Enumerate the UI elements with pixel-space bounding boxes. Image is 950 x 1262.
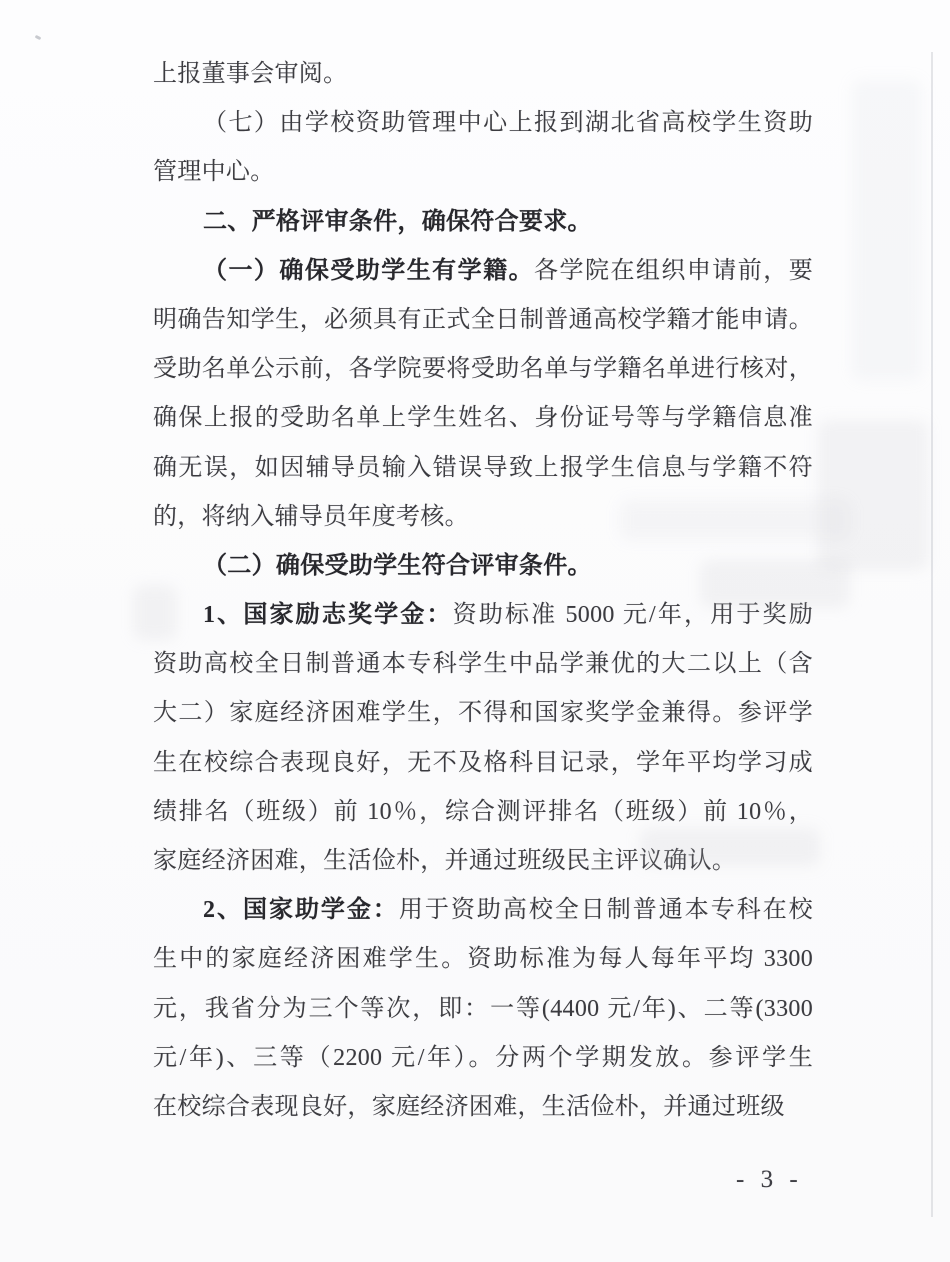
line-text: 生在校综合表现良好，无不及格科目记录，学年平均学习成	[153, 750, 813, 776]
bleedthrough-smudge	[852, 80, 922, 380]
line-text: 受助名单公示前，各学院要将受助名单与学籍名单进行核对，	[153, 356, 813, 382]
text-line: 2、国家助学金：用于资助高校全日制普通本专科在校	[153, 886, 813, 935]
line-text: 绩排名（班级）前 10％，综合测评排名（班级）前 10％，	[153, 799, 813, 825]
line-text: 确保上报的受助名单上学生姓名、身份证号等与学籍信息准	[153, 405, 813, 431]
text-line: 管理中心。	[153, 148, 813, 197]
line-emphasis: （二）确保受助学生符合评审条件。	[203, 553, 592, 579]
line-emphasis: （一）确保受助学生有学籍。	[203, 258, 534, 284]
text-line: 资助高校全日制普通本专科学生中品学兼优的大二以上（含	[153, 640, 813, 689]
line-text: 确无误，如因辅导员输入错误导致上报学生信息与学籍不符	[153, 455, 813, 481]
text-line section-heading: 二、严格评审条件，确保符合要求。	[153, 198, 813, 247]
text-line: 上报董事会审阅。	[153, 50, 813, 99]
line-text: 上报董事会审阅。	[153, 61, 347, 87]
text-line: 家庭经济困难，生活俭朴，并通过班级民主评议确认。	[153, 837, 813, 886]
text-line: 绩排名（班级）前 10％，综合测评排名（班级）前 10％，	[153, 788, 813, 837]
line-text: 家庭经济困难，生活俭朴，并通过班级民主评议确认。	[153, 848, 736, 874]
scan-edge-line	[931, 52, 933, 1217]
line-text: 各学院在组织申请前，要	[534, 258, 813, 284]
text-line: （七）由学校资助管理中心上报到湖北省高校学生资助	[153, 99, 813, 148]
text-line: 明确告知学生，必须具有正式全日制普通高校学籍才能申请。	[153, 296, 813, 345]
text-line: 在校综合表现良好，家庭经济困难，生活俭朴，并通过班级	[153, 1083, 813, 1132]
bleedthrough-smudge	[818, 420, 928, 570]
text-line: 受助名单公示前，各学院要将受助名单与学籍名单进行核对，	[153, 345, 813, 394]
text-line: 1、国家励志奖学金：资助标准 5000 元/年，用于奖励	[153, 591, 813, 640]
line-text: （七）由学校资助管理中心上报到湖北省高校学生资助	[203, 110, 813, 136]
line-text: 管理中心。	[153, 159, 275, 185]
text-line: 的，将纳入辅导员年度考核。	[153, 493, 813, 542]
line-text: 明确告知学生，必须具有正式全日制普通高校学籍才能申请。	[153, 307, 813, 333]
line-emphasis: 2、国家助学金：	[203, 897, 399, 923]
line-emphasis: 1、国家励志奖学金：	[203, 602, 453, 628]
text-line: 元，我省分为三个等次，即：一等(4400 元/年)、二等(3300	[153, 985, 813, 1034]
line-text: 元/年)、三等（2200 元/年）。分两个学期发放。参评学生	[153, 1045, 813, 1071]
text-line: 大二）家庭经济困难学生，不得和国家奖学金兼得。参评学	[153, 689, 813, 738]
text-line: （一）确保受助学生有学籍。各学院在组织申请前，要	[153, 247, 813, 296]
line-text: 资助标准 5000 元/年，用于奖励	[453, 602, 813, 628]
line-text: 元，我省分为三个等次，即：一等(4400 元/年)、二等(3300	[153, 996, 813, 1022]
line-text: 的，将纳入辅导员年度考核。	[153, 504, 469, 530]
document-body: 上报董事会审阅。 （七）由学校资助管理中心上报到湖北省高校学生资助 管理中心。 …	[153, 50, 813, 1132]
document-page: 上报董事会审阅。 （七）由学校资助管理中心上报到湖北省高校学生资助 管理中心。 …	[0, 0, 950, 1262]
line-text: 资助高校全日制普通本专科学生中品学兼优的大二以上（含	[153, 651, 813, 677]
line-text: 在校综合表现良好，家庭经济困难，生活俭朴，并通过班级	[153, 1094, 785, 1120]
line-emphasis: 二、严格评审条件，确保符合要求。	[203, 209, 592, 235]
text-line: 生在校综合表现良好，无不及格科目记录，学年平均学习成	[153, 739, 813, 788]
line-text: 生中的家庭经济困难学生。资助标准为每人每年平均 3300	[153, 946, 813, 972]
scan-speck	[35, 35, 42, 40]
line-text: 大二）家庭经济困难学生，不得和国家奖学金兼得。参评学	[153, 700, 813, 726]
text-line: 元/年)、三等（2200 元/年）。分两个学期发放。参评学生	[153, 1034, 813, 1083]
text-line: 确保上报的受助名单上学生姓名、身份证号等与学籍信息准	[153, 394, 813, 443]
text-line section-heading: （二）确保受助学生符合评审条件。	[153, 542, 813, 591]
line-text: 用于资助高校全日制普通本专科在校	[399, 897, 813, 923]
text-line: 生中的家庭经济困难学生。资助标准为每人每年平均 3300	[153, 935, 813, 984]
page-number: - 3 -	[736, 1166, 803, 1194]
text-line: 确无误，如因辅导员输入错误导致上报学生信息与学籍不符	[153, 444, 813, 493]
